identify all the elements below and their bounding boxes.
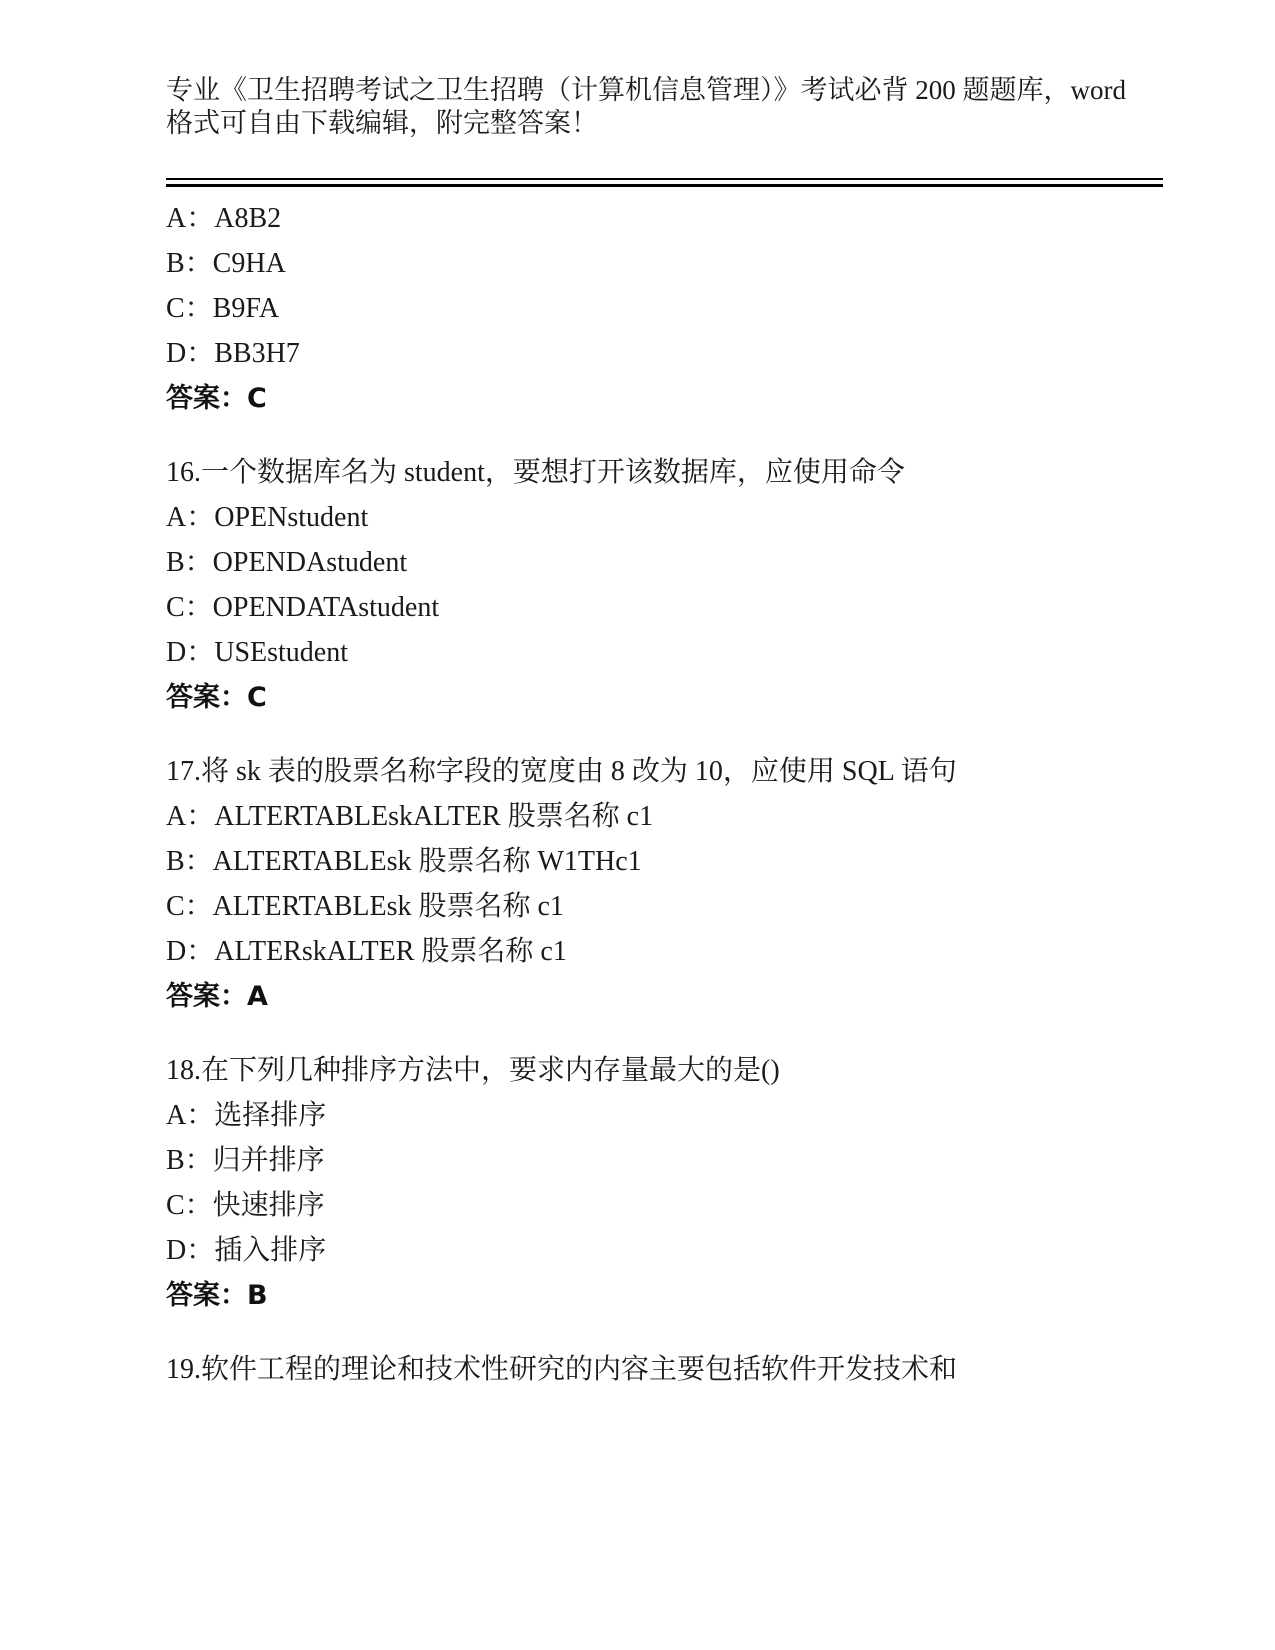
question-title: 17.将 sk 表的股票名称字段的宽度由 8 改为 10，应使用 SQL 语句 <box>166 758 1186 786</box>
question-title: 16.一个数据库名为 student，要想打开该数据库，应使用命令 <box>166 459 1186 487</box>
answer-line: 答案：A <box>166 983 1186 1011</box>
option-line: D：BB3H7 <box>166 340 1186 368</box>
option-line: C：快速排序 <box>166 1192 1186 1220</box>
header-divider-rule <box>166 178 1163 187</box>
option-line: B：C9HA <box>166 250 1186 278</box>
question-title: 18.在下列几种排序方法中，要求内存量最大的是() <box>166 1057 1186 1085</box>
option-line: D：USEstudent <box>166 639 1186 667</box>
option-line: A：选择排序 <box>166 1102 1186 1130</box>
page-header: 专业《卫生招聘考试之卫生招聘（计算机信息管理）》考试必背 200 题题库，wor… <box>166 0 1156 140</box>
option-line: B：OPENDAstudent <box>166 549 1186 577</box>
header-text-line1: 专业《卫生招聘考试之卫生招聘（计算机信息管理）》考试必背 200 题题库，wor… <box>166 74 1156 107</box>
question-list: A：A8B2B：C9HAC：B9FAD：BB3H7答案：C 16.一个数据库名为… <box>166 205 1186 1384</box>
option-line: A：A8B2 <box>166 205 1186 233</box>
question-block: A：A8B2B：C9HAC：B9FAD：BB3H7答案：C <box>166 205 1186 413</box>
question-block: 18.在下列几种排序方法中，要求内存量最大的是() A：选择排序B：归并排序C：… <box>166 1057 1186 1310</box>
option-line: C：OPENDATAstudent <box>166 594 1186 622</box>
option-line: D：插入排序 <box>166 1237 1186 1265</box>
header-text-line2: 格式可自由下载编辑，附完整答案！ <box>166 107 1156 140</box>
option-line: A：OPENstudent <box>166 504 1186 532</box>
option-line: A：ALTERTABLEskALTER 股票名称 c1 <box>166 803 1186 831</box>
question-block: 19.软件工程的理论和技术性研究的内容主要包括软件开发技术和 <box>166 1356 1186 1384</box>
answer-line: 答案：B <box>166 1282 1186 1310</box>
question-title: 19.软件工程的理论和技术性研究的内容主要包括软件开发技术和 <box>166 1356 1186 1384</box>
answer-line: 答案：C <box>166 684 1186 712</box>
answer-line: 答案：C <box>166 385 1186 413</box>
question-block: 17.将 sk 表的股票名称字段的宽度由 8 改为 10，应使用 SQL 语句 … <box>166 758 1186 1011</box>
option-line: B：ALTERTABLEsk 股票名称 W1THc1 <box>166 848 1186 876</box>
option-line: B：归并排序 <box>166 1147 1186 1175</box>
option-line: C：B9FA <box>166 295 1186 323</box>
document-page: 专业《卫生招聘考试之卫生招聘（计算机信息管理）》考试必背 200 题题库，wor… <box>0 0 1275 1650</box>
option-line: C：ALTERTABLEsk 股票名称 c1 <box>166 893 1186 921</box>
option-line: D：ALTERskALTER 股票名称 c1 <box>166 938 1186 966</box>
question-block: 16.一个数据库名为 student，要想打开该数据库，应使用命令 A：OPEN… <box>166 459 1186 712</box>
